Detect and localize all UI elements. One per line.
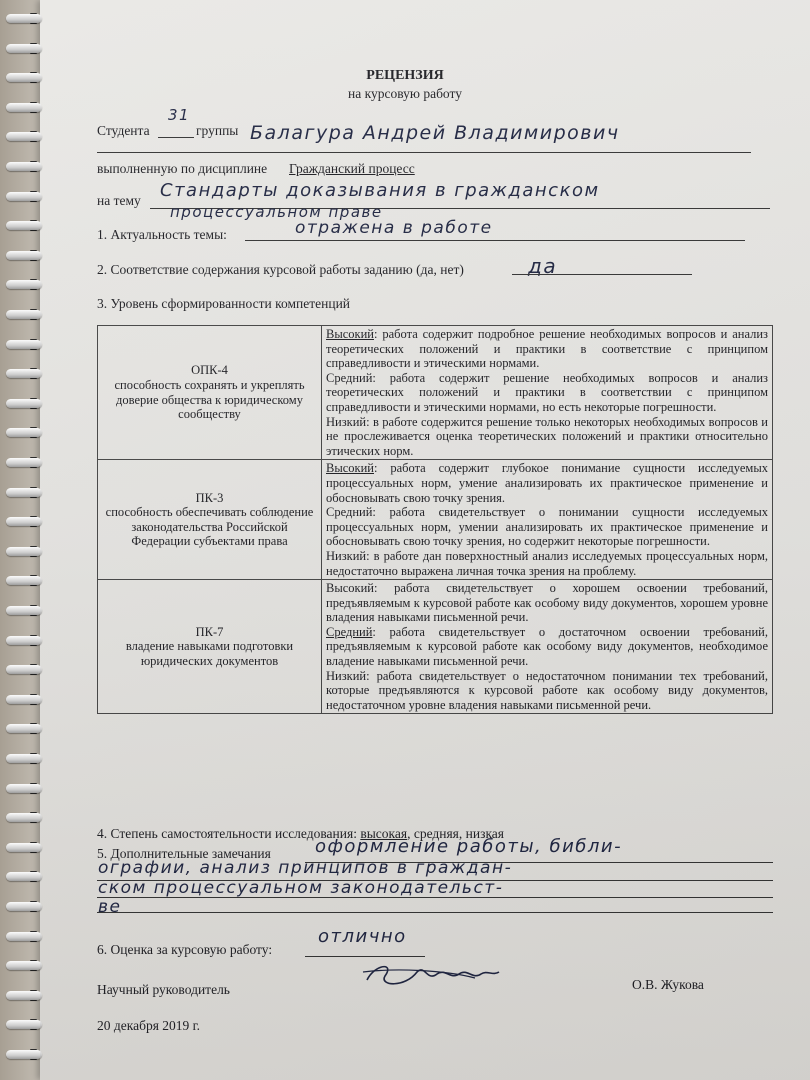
student-name: Балагура Андрей Владимирович <box>250 122 620 144</box>
supervisor-label: Научный руководитель <box>97 982 230 998</box>
binding-ring <box>6 14 42 23</box>
competency-code: ОПК-4 <box>102 363 317 378</box>
binding-ring <box>6 517 42 526</box>
level-text: : работа свидетельствует о достаточном о… <box>326 625 768 668</box>
remarks-line-3: ском процессуальном законодательст- <box>98 878 503 898</box>
binding-ring <box>6 932 42 941</box>
level-text: : работа свидетельствует о хорошем освое… <box>326 581 768 624</box>
level-text: : работа содержит решение необходимых во… <box>326 371 768 414</box>
competency-row: ПК-3способность обеспечивать соблюдение … <box>98 460 773 580</box>
level-text: : работа свидетельствует о понимании сущ… <box>326 505 768 548</box>
group-underline <box>158 137 194 138</box>
binding-ring <box>6 340 42 349</box>
spiral-binding <box>0 0 46 1080</box>
group-number: 31 <box>168 106 190 124</box>
binding-ring <box>6 162 42 171</box>
level-description: Средний: работа содержит решение необход… <box>326 371 768 415</box>
binding-ring <box>6 1020 42 1029</box>
relevance-underline <box>245 240 745 241</box>
binding-ring <box>6 784 42 793</box>
binding-ring <box>6 665 42 674</box>
competency-row: ПК-7владение навыками подготовки юридиче… <box>98 580 773 714</box>
binding-ring <box>6 103 42 112</box>
binding-ring <box>6 458 42 467</box>
level-text: : работа свидетельствует о недостаточном… <box>326 669 768 712</box>
binding-ring <box>6 251 42 260</box>
level-name: Низкий <box>326 669 366 683</box>
binding-ring <box>6 547 42 556</box>
level-description: Высокий: работа содержит подробное решен… <box>326 327 768 371</box>
binding-ring <box>6 843 42 852</box>
signature <box>355 958 505 994</box>
competency-cell: ОПК-4способность сохранять и укреплять д… <box>98 326 322 460</box>
grade-value: отлично <box>318 926 407 947</box>
binding-ring <box>6 636 42 645</box>
binding-ring <box>6 132 42 141</box>
level-text: : работа содержит подробное решение необ… <box>326 327 768 370</box>
level-name: Средний <box>326 505 372 519</box>
binding-ring <box>6 872 42 881</box>
binding-ring <box>6 813 42 822</box>
binding-ring <box>6 192 42 201</box>
grade-underline <box>305 956 425 957</box>
binding-ring <box>6 428 42 437</box>
competency-label: 3. Уровень сформированности компетенций <box>97 296 350 312</box>
discipline-value: Гражданский процесс <box>289 161 415 177</box>
level-text: : работа содержит глубокое понимание сущ… <box>326 461 768 504</box>
binding-ring <box>6 310 42 319</box>
topic-line-1: Стандарты доказывания в гражданском <box>160 180 600 201</box>
competency-description: владение навыками подготовки юридических… <box>102 639 317 668</box>
grade-label: 6. Оценка за курсовую работу: <box>97 942 272 958</box>
competency-table: ОПК-4способность сохранять и укреплять д… <box>97 325 773 714</box>
competency-levels: Высокий: работа содержит подробное решен… <box>322 326 773 460</box>
binding-ring <box>6 961 42 970</box>
level-name: Высокий <box>326 461 374 475</box>
level-description: Высокий: работа свидетельствует о хороше… <box>326 581 768 625</box>
level-name: Средний <box>326 371 372 385</box>
competency-row: ОПК-4способность сохранять и укреплять д… <box>98 326 773 460</box>
binding-ring <box>6 399 42 408</box>
level-description: Низкий: работа свидетельствует о недоста… <box>326 669 768 713</box>
competency-cell: ПК-3способность обеспечивать соблюдение … <box>98 460 322 580</box>
level-name: Низкий <box>326 415 366 429</box>
binding-ring <box>6 724 42 733</box>
binding-ring <box>6 369 42 378</box>
binding-ring <box>6 991 42 1000</box>
competency-levels: Высокий: работа содержит глубокое понима… <box>322 460 773 580</box>
document-title: РЕЦЕНЗИЯ <box>0 68 810 84</box>
level-name: Высокий <box>326 581 374 595</box>
level-description: Низкий: в работе содержится решение толь… <box>326 415 768 459</box>
document-subtitle: на курсовую работу <box>0 86 810 102</box>
competency-code: ПК-7 <box>102 625 317 640</box>
binding-ring <box>6 576 42 585</box>
level-description: Средний: работа свидетельствует о понима… <box>326 505 768 549</box>
level-description: Средний: работа свидетельствует о достат… <box>326 625 768 669</box>
binding-ring <box>6 221 42 230</box>
level-name: Низкий <box>326 549 366 563</box>
review-date: 20 декабря 2019 г. <box>97 1018 200 1034</box>
competency-cell: ПК-7владение навыками подготовки юридиче… <box>98 580 322 714</box>
conformity-label: 2. Соответствие содержания курсовой рабо… <box>97 262 464 278</box>
competency-code: ПК-3 <box>102 491 317 506</box>
binding-ring <box>6 902 42 911</box>
group-label: группы <box>196 123 238 139</box>
level-name: Средний <box>326 625 372 639</box>
binding-ring <box>6 606 42 615</box>
level-description: Высокий: работа содержит глубокое понима… <box>326 461 768 505</box>
competency-levels: Высокий: работа свидетельствует о хороше… <box>322 580 773 714</box>
level-description: Низкий: в работе дан поверхностный анали… <box>326 549 768 578</box>
discipline-label: выполненную по дисциплине <box>97 161 267 177</box>
competency-description: способность обеспечивать соблюдение зако… <box>102 505 317 549</box>
level-text: : в работе дан поверхностный анализ иссл… <box>326 549 768 578</box>
binding-ring <box>6 488 42 497</box>
relevance-label: 1. Актуальность темы: <box>97 227 227 243</box>
remarks-underline-3 <box>97 897 773 898</box>
conformity-underline <box>512 274 692 275</box>
student-label: Студента <box>97 123 150 139</box>
remarks-line-2: ографии, анализ принципов в граждан- <box>98 858 512 878</box>
relevance-value: отражена в работе <box>295 218 493 238</box>
remarks-line-1: оформление работы, библи- <box>315 836 622 857</box>
binding-ring <box>6 1050 42 1059</box>
remarks-underline-4 <box>97 912 773 913</box>
remarks-line-4: ве <box>98 897 121 917</box>
competency-description: способность сохранять и укреплять довери… <box>102 378 317 422</box>
binding-ring <box>6 754 42 763</box>
level-text: : в работе содержится решение только нек… <box>326 415 768 458</box>
level-name: Высокий <box>326 327 374 341</box>
binding-ring <box>6 695 42 704</box>
binding-ring <box>6 44 42 53</box>
student-name-underline <box>97 152 751 153</box>
supervisor-name: О.В. Жукова <box>632 977 704 993</box>
topic-label: на тему <box>97 193 141 209</box>
binding-ring <box>6 280 42 289</box>
